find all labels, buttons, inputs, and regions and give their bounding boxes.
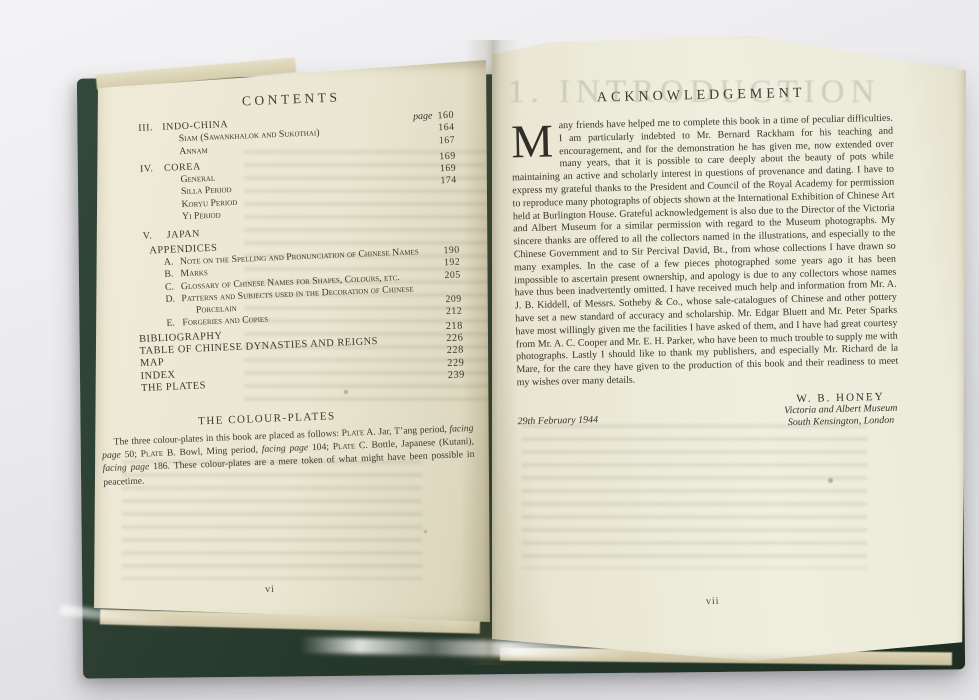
foxing-speck [828,478,833,483]
page-number-vii: vii [522,592,904,612]
acknowledgement-section: ACKNOWLEDGEMENT Many friends have helped… [510,84,900,441]
toc-entry-page [424,208,458,209]
toc-entry-letter: B. [164,269,181,282]
right-page: 1. INTRODUCTION ACKNOWLEDGEMENT Many fri… [492,36,966,661]
toc-entry-numeral: III. [138,122,162,135]
cp-facing-page: facing page [103,462,154,475]
toc-entry-label: Annam [179,145,208,158]
acknowledgement-body: Many friends have helped me to complete … [511,113,899,390]
signature: W. B. HONEY Victoria and Albert Museum S… [784,390,898,430]
cp-text: 50; [124,449,140,461]
toc-entry-page: 212 [428,306,462,320]
toc-entry-numeral: IV. [140,163,164,176]
signature-block: 29th February 1944 W. B. HONEY Victoria … [517,390,900,441]
foxing-speck [344,390,348,394]
toc-entry-label: Koryu Period [181,197,237,212]
cp-facing-page: facing page [262,442,313,455]
signature-location: South Kensington, London [784,415,897,430]
toc-entry-label: Forgeries and Copies [182,314,268,330]
cp-text: 104; [312,441,333,453]
cp-plate-b: Plate B. [140,448,175,460]
table-of-contents: CONTENTS III. Indo-China page160 Siam (S… [129,85,465,396]
toc-entry-page [427,289,461,290]
toc-entry-label: Map [140,357,165,370]
toc-entry-letter: C. [165,281,182,294]
body-text: any friends have helped me to complete t… [512,113,899,389]
page-word: page [413,111,433,123]
toc-entry-letter: D. [165,293,182,306]
toc-entry-letter: E. [166,318,183,331]
toc-entry-page [425,240,459,241]
toc-entry-page: 239 [431,369,465,383]
colour-plates-note: THE COLOUR-PLATES The three colour-plate… [101,405,475,489]
toc-entry-page [425,226,459,227]
left-page: CONTENTS III. Indo-China page160 Siam (S… [94,60,490,622]
toc-entry-letter: A. [164,256,181,269]
toc-entry-label: The Plates [141,380,206,395]
contents-title: CONTENTS [129,85,453,115]
toc-entry-page: 167 [421,134,455,148]
cp-text: 186. [153,461,174,473]
page-number-vi: vi [240,583,300,596]
toc-entry-numeral: V. [143,230,167,243]
toc-entry-label: Japan [167,229,201,243]
foxing-speck [424,530,427,533]
toc-entry-page: 174 [423,175,457,189]
toc-entry-page [423,195,457,196]
toc-entry-label: Yi Period [182,210,221,224]
toc-page-number: 160 [437,110,454,122]
bleed-through-text [522,424,867,569]
toc-entry-page: 205 [426,269,460,283]
toc-entry-label: Marks [180,267,208,280]
cp-text: Bowl, Ming period, [176,444,262,458]
date: 29th February 1944 [517,414,598,427]
photo-backdrop: CONTENTS III. Indo-China page160 Siam (S… [0,0,979,700]
drop-cap: M [511,120,560,161]
cp-plate-c: Plate C. [333,440,368,452]
cp-plate-a: Plate A. [341,427,375,439]
cp-text: Jar, T’ang period, [375,424,449,438]
